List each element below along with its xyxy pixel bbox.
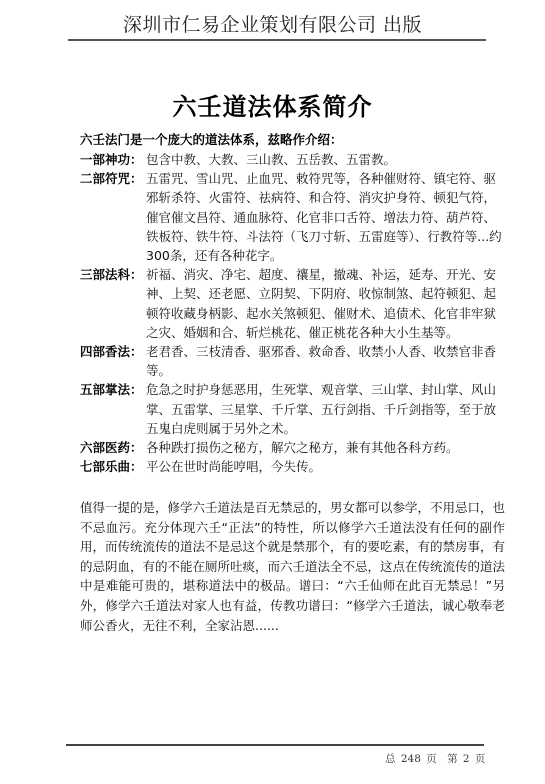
page-footer: 总 248 页 第 2 页 — [385, 751, 490, 766]
section-body: 祈福、消灾、净宅、超度、禳星，撤魂、补运，延寿、开光、安神、上契、还老愿、立阴契… — [146, 265, 505, 342]
section-list: 一部神功： 包含中教、大教、三山教、五岳教、五雷教。 二部符咒： 五雷咒、雪山咒… — [80, 150, 505, 476]
section-label: 二部符咒： — [80, 169, 146, 265]
section-label: 五部掌法： — [80, 380, 146, 438]
section-item: 三部法科： 祈福、消灾、净宅、超度、禳星，撤魂、补运，延寿、开光、安神、上契、还… — [80, 265, 505, 342]
section-body: 包含中教、大教、三山教、五岳教、五雷教。 — [146, 150, 505, 169]
section-label: 七部乐曲： — [80, 457, 146, 476]
section-label: 六部医药： — [80, 438, 146, 457]
page-title: 六壬道法体系简介 — [0, 87, 545, 122]
body-paragraph: 值得一提的是，修学六壬道法是百无禁忌的，男女都可以参学，不用忌口，也不忌血污。充… — [80, 498, 505, 635]
section-item: 七部乐曲： 平公在世时尚能哼唱，今失传。 — [80, 457, 505, 476]
current-page: 第 2 页 — [447, 753, 485, 765]
section-label: 三部法科： — [80, 265, 146, 342]
section-body: 平公在世时尚能哼唱，今失传。 — [146, 457, 505, 476]
section-item: 六部医药： 各种跌打损伤之秘方，解穴之秘方，兼有其他各科方药。 — [80, 438, 505, 457]
section-item: 一部神功： 包含中教、大教、三山教、五岳教、五雷教。 — [80, 150, 505, 169]
footer-divider — [66, 744, 484, 746]
section-body: 各种跌打损伤之秘方，解穴之秘方，兼有其他各科方药。 — [146, 438, 505, 457]
total-pages: 总 248 页 — [385, 753, 437, 765]
publisher-header: 深圳市仁易企业策划有限公司 出版 — [0, 10, 545, 37]
section-label: 一部神功： — [80, 150, 146, 169]
section-body: 老君香、三枝清香、驱邪香、救命香、收禁小人香、收禁官非香等。 — [146, 342, 505, 380]
intro-text: 六壬法门是一个庞大的道法体系，兹略作介绍： — [80, 130, 343, 148]
header-divider — [68, 39, 486, 41]
section-label: 四部香法： — [80, 342, 146, 380]
section-item: 二部符咒： 五雷咒、雪山咒、止血咒、敕符咒等，各种催财符、镇宅符、驱邪斩杀符、火… — [80, 169, 505, 265]
section-item: 五部掌法： 危急之时护身惩恶用，生死掌、观音掌、三山掌、封山掌、风山掌、五雷掌、… — [80, 380, 505, 438]
section-body: 五雷咒、雪山咒、止血咒、敕符咒等，各种催财符、镇宅符、驱邪斩杀符、火雷符、祛病符… — [146, 169, 505, 265]
section-body: 危急之时护身惩恶用，生死掌、观音掌、三山掌、封山掌、风山掌、五雷掌、三星掌、千斤… — [146, 380, 505, 438]
section-item: 四部香法： 老君香、三枝清香、驱邪香、救命香、收禁小人香、收禁官非香等。 — [80, 342, 505, 380]
